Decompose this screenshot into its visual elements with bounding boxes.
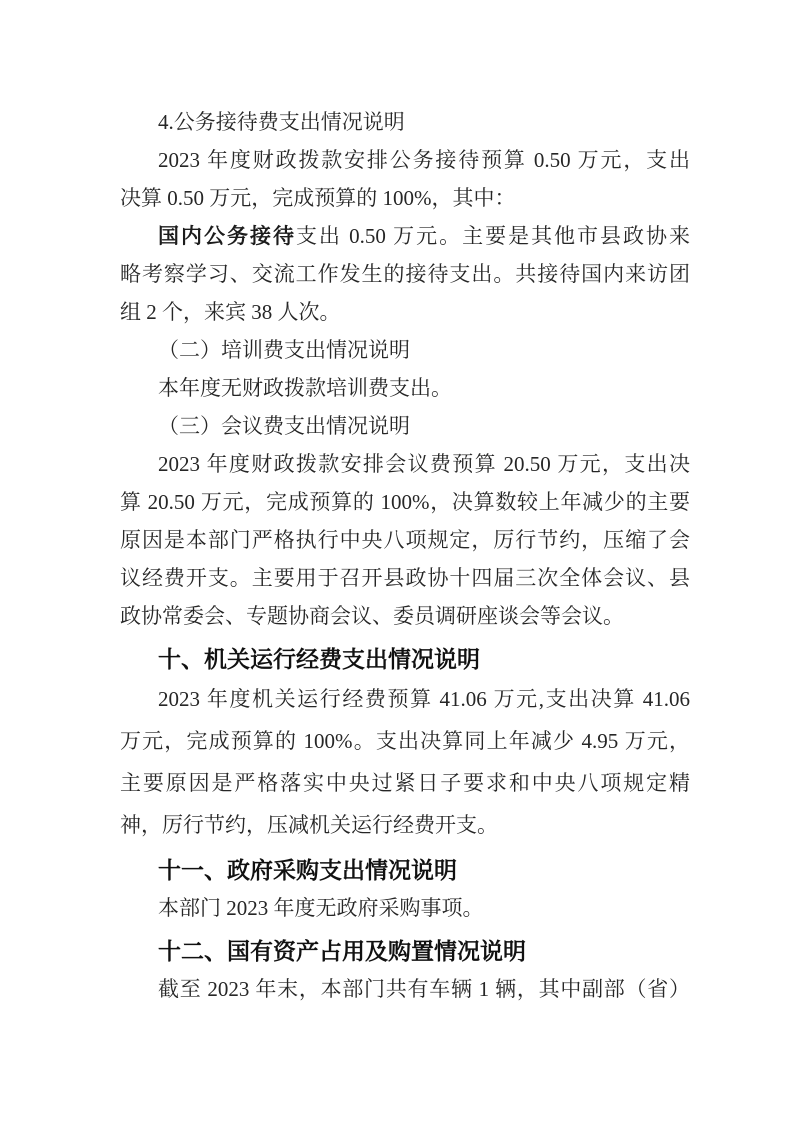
subsection-4-heading: 4.公务接待费支出情况说明 (120, 103, 690, 141)
text-line: 本部门 2023 年度无政府采购事项。 (120, 889, 690, 927)
text-line: 万元，完成预算的 100%。支出决算同上年减少 4.95 万元， (120, 720, 690, 762)
text-line: 神，厉行节约，压减机关运行经费开支。 (120, 804, 690, 846)
section-state-owned-assets: 十二、国有资产占用及购置情况说明 截至 2023 年末，本部门共有车辆 1 辆，… (120, 932, 690, 1008)
section-government-procurement: 十一、政府采购支出情况说明 本部门 2023 年度无政府采购事项。 (120, 851, 690, 927)
text-line: 政协常委会、专题协商会议、委员调研座谈会等会议。 (120, 597, 690, 635)
section-official-reception: 4.公务接待费支出情况说明 2023 年度财政拨款安排公务接待预算 0.50 万… (120, 103, 690, 331)
text-line: 议经费开支。主要用于召开县政协十四届三次全体会议、县 (120, 559, 690, 597)
text-line: 原因是本部门严格执行中央八项规定，厉行节约，压缩了会 (120, 521, 690, 559)
text-line: 2023 年度财政拨款安排会议费预算 20.50 万元，支出决 (120, 445, 690, 483)
text-line: 主要原因是严格落实中央过紧日子要求和中央八项规定精 (120, 762, 690, 804)
text-line: 算 20.50 万元，完成预算的 100%，决算数较上年减少的主要 (120, 483, 690, 521)
text-run: 支出 0.50 万元。主要是其他市县政协来 (296, 224, 690, 248)
section-meeting-expense: （三）会议费支出情况说明 2023 年度财政拨款安排会议费预算 20.50 万元… (120, 407, 690, 635)
text-line: 决算 0.50 万元，完成预算的 100%，其中： (120, 179, 690, 217)
text-line: 略考察学习、交流工作发生的接待支出。共接待国内来访团 (120, 255, 690, 293)
text-line: 2023 年度机关运行经费预算 41.06 万元,支出决算 41.06 (120, 678, 690, 720)
section-operating-funds: 十、机关运行经费支出情况说明 2023 年度机关运行经费预算 41.06 万元,… (120, 640, 690, 846)
section-10-heading: 十、机关运行经费支出情况说明 (120, 640, 690, 678)
text-line: 国内公务接待支出 0.50 万元。主要是其他市县政协来 (120, 217, 690, 255)
text-line: 本年度无财政拨款培训费支出。 (120, 369, 690, 407)
document-page: 4.公务接待费支出情况说明 2023 年度财政拨款安排公务接待预算 0.50 万… (0, 0, 793, 1122)
text-line: 截至 2023 年末，本部门共有车辆 1 辆，其中副部（省） (120, 970, 690, 1008)
text-line: 2023 年度财政拨款安排公务接待预算 0.50 万元，支出 (120, 141, 690, 179)
section-11-heading: 十一、政府采购支出情况说明 (120, 851, 690, 889)
section-12-heading: 十二、国有资产占用及购置情况说明 (120, 932, 690, 970)
section-training-expense: （二）培训费支出情况说明 本年度无财政拨款培训费支出。 (120, 331, 690, 407)
text-line: 组 2 个，来宾 38 人次。 (120, 293, 690, 331)
bold-run-domestic-reception: 国内公务接待 (158, 224, 296, 248)
document-text-block: 4.公务接待费支出情况说明 2023 年度财政拨款安排公务接待预算 0.50 万… (120, 103, 690, 1008)
subsection-3-heading: （三）会议费支出情况说明 (120, 407, 690, 445)
subsection-2-heading: （二）培训费支出情况说明 (120, 331, 690, 369)
